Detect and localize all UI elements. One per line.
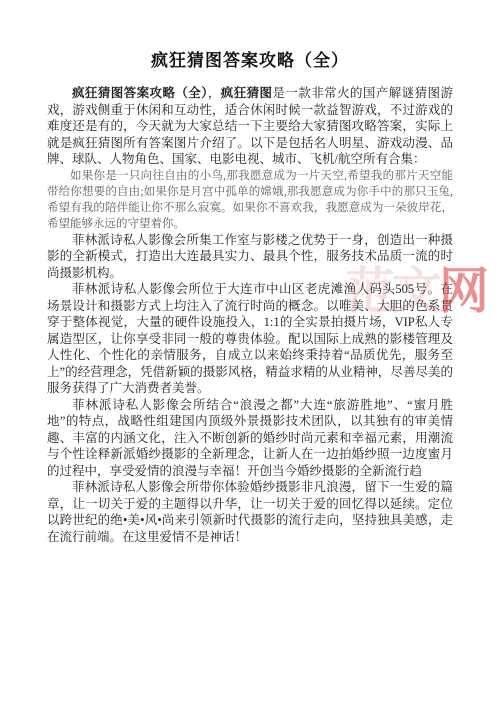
paragraph-studio-location: 菲林派诗私人影像会所位于大连市中山区老虎滩渔人码头505号。在场景设计和摄影方式… [47, 281, 453, 397]
paragraph-studio-overview: 菲林派诗私人影像会所集工作室与影楼之优势于一身，创造出一种摄影的全新模式，打造出… [47, 232, 453, 282]
intro-bold-title: 疯狂猜图答案攻略（全） [72, 86, 208, 100]
document-body: 疯狂猜图答案攻略（全），疯狂猜图是一款非常火的国产解谜猜图游戏，游戏侧重于休闲和… [47, 85, 453, 545]
intro-bold-name: 疯狂猜图 [221, 86, 273, 100]
paragraph-intro: 疯狂猜图答案攻略（全），疯狂猜图是一款非常火的国产解谜猜图游戏，游戏侧重于休闲和… [47, 85, 453, 168]
document-page: 疯狂猜图答案攻略（全） 疯狂猜图答案攻略（全），疯狂猜图是一款非常火的国产解谜猜… [0, 0, 500, 708]
paragraph-studio-closing: 菲林派诗私人影像会所带你体验婚纱摄影非凡浪漫，留下一生爱的篇章，让一切关于爱的主… [47, 479, 453, 545]
paragraph-quote: 如果你是一只向往自由的小鸟,那我愿意成为一片天空,希望我的那片天空能带给你想要的… [47, 168, 453, 232]
paragraph-studio-strategy: 菲林派诗私人影像会所结合“浪漫之都”大连“旅游胜地”、“蜜月胜地”的特点，战略性… [47, 397, 453, 480]
intro-separator: ， [208, 86, 221, 100]
page-title: 疯狂猜图答案攻略（全） [0, 46, 500, 71]
